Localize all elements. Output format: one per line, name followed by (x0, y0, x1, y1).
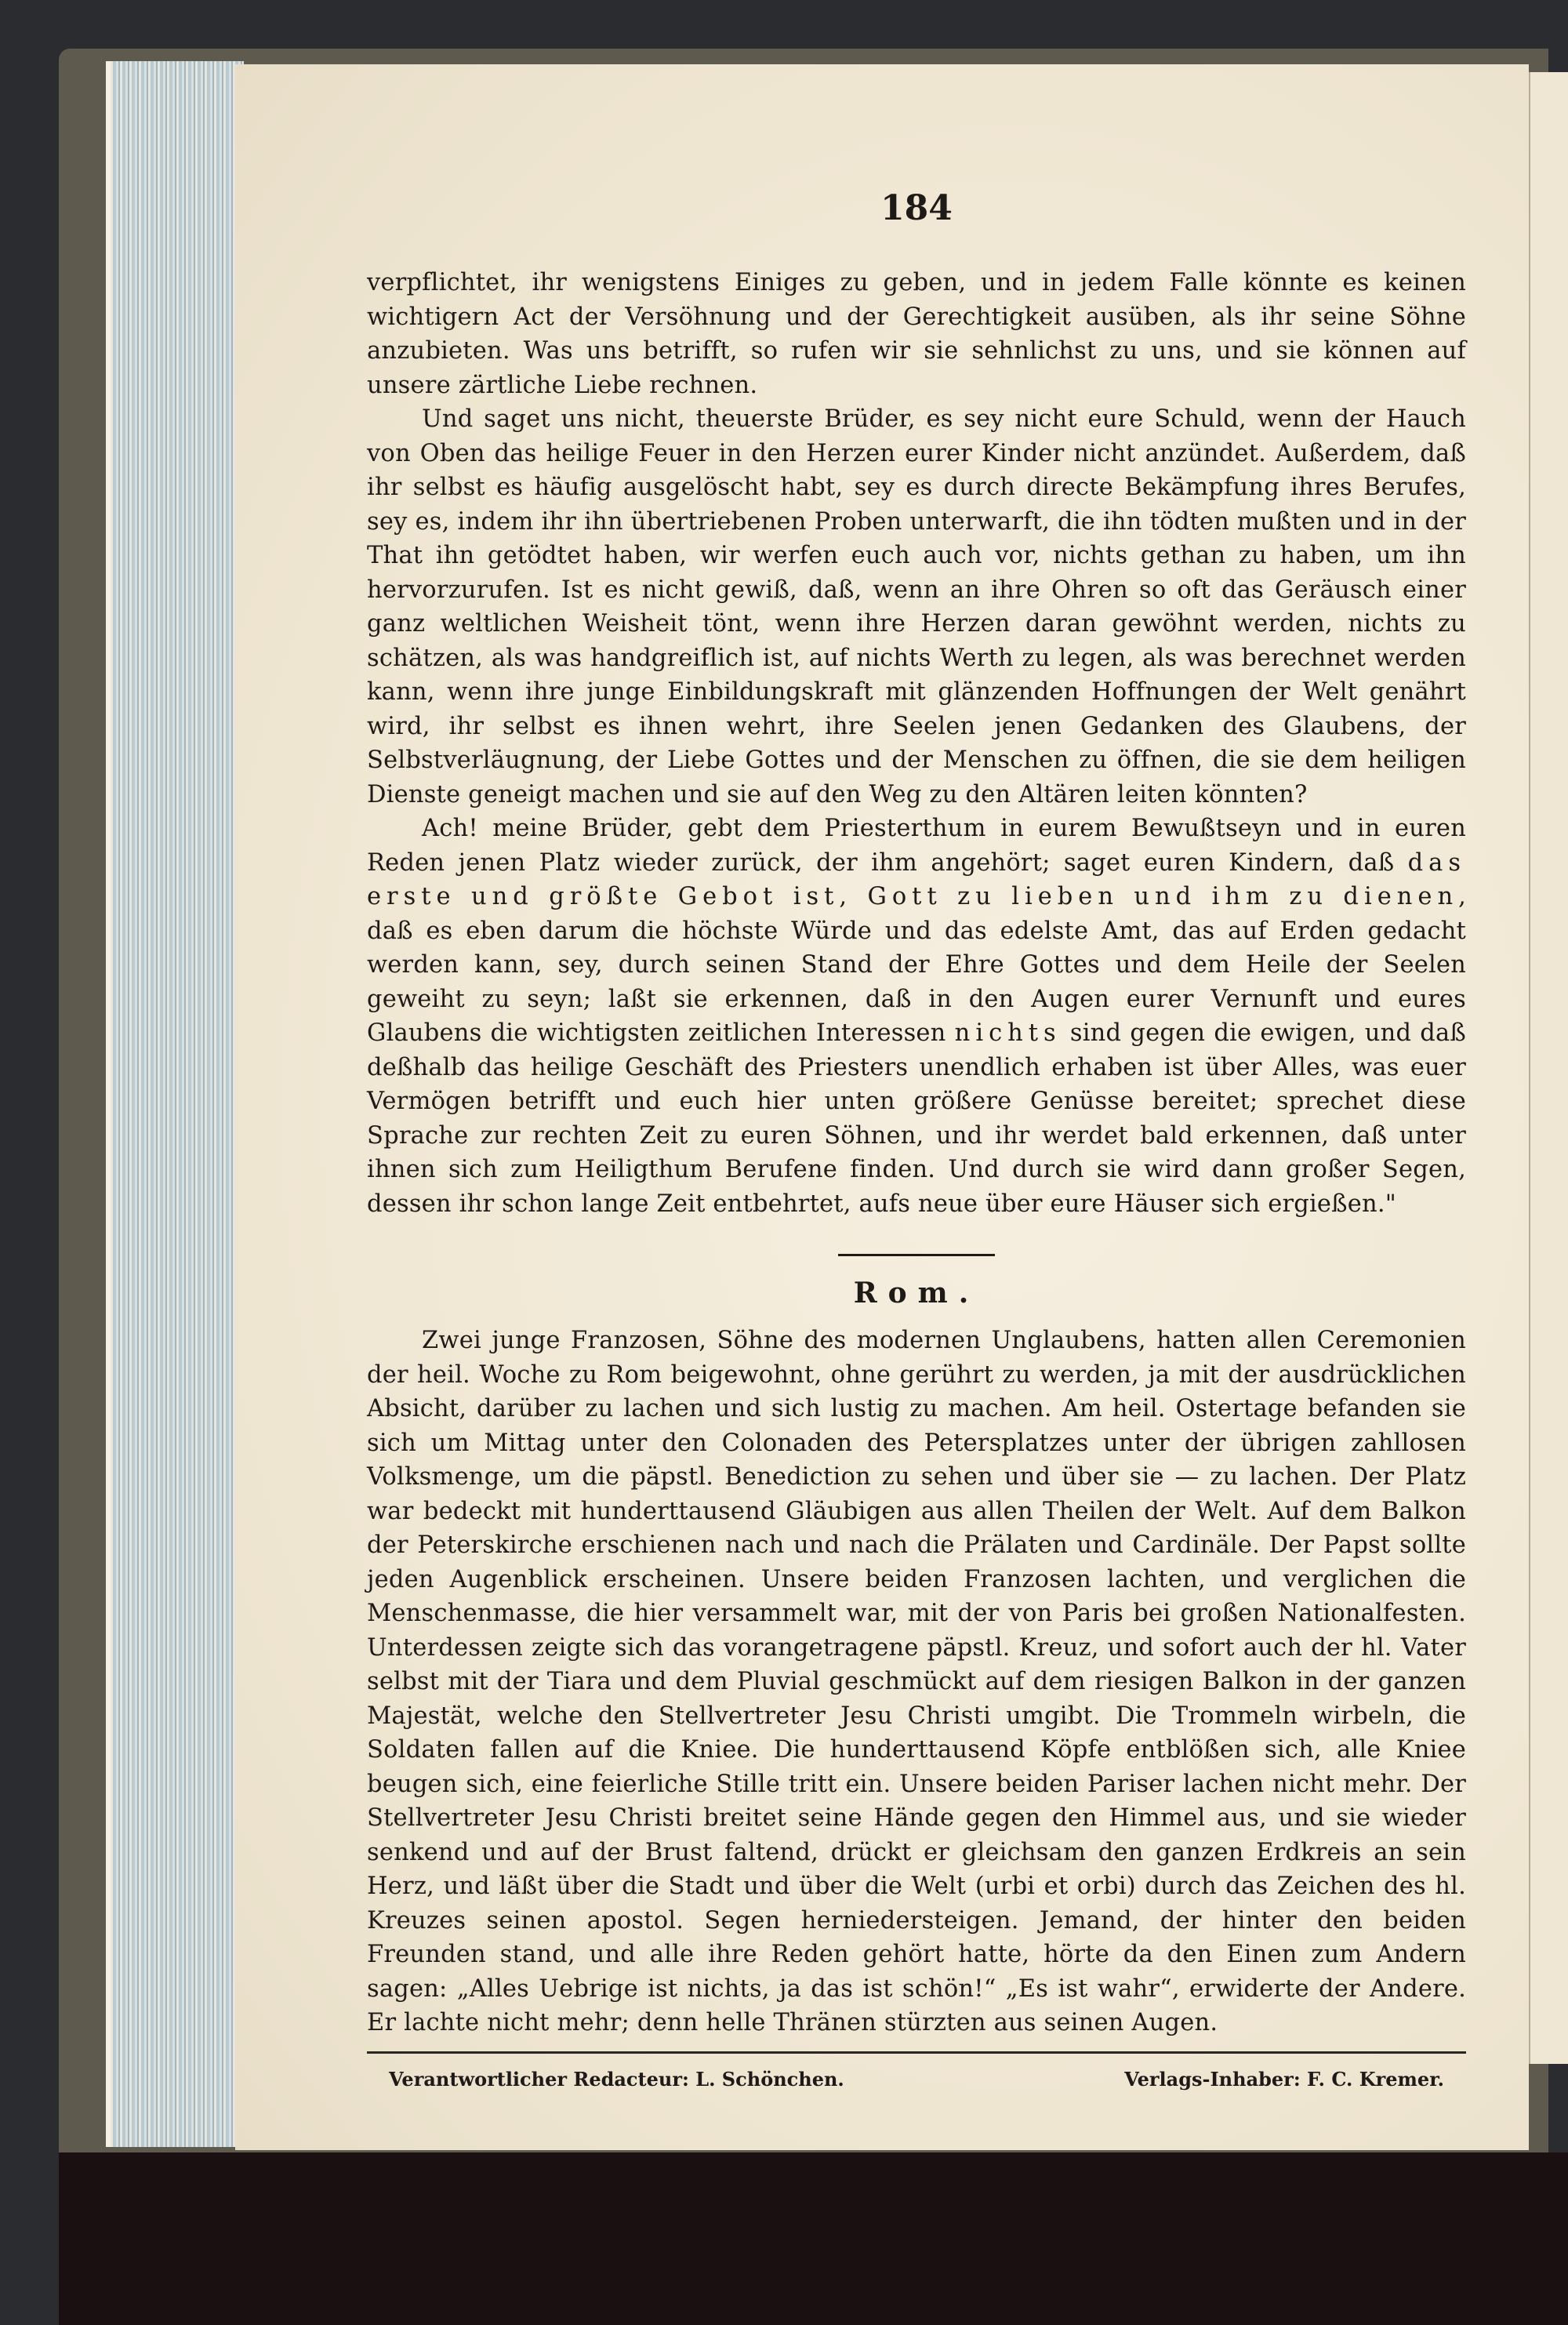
paragraph-3: Ach! meine Brüder, gebt dem Priesterthum… (367, 812, 1466, 1221)
paragraph-1: verpflichtet, ihr wenigstens Einiges zu … (367, 266, 1466, 402)
publisher-credit: Verlags-Inhaber: F. C. Kremer. (1124, 2068, 1444, 2091)
emphasis-spaced-2: nichts (955, 1019, 1062, 1047)
section-title: Rom. (367, 1277, 1466, 1310)
editor-credit: Verantwortlicher Redacteur: L. Schönchen… (389, 2068, 844, 2091)
page-content: 184 verpflichtet, ihr wenigstens Einiges… (367, 188, 1466, 2091)
facing-page-edge (1529, 72, 1568, 2064)
bottom-shadow (59, 2152, 1568, 2325)
footer-rule (367, 2051, 1466, 2054)
paragraph-2: Und saget uns nicht, theuerste Brüder, e… (367, 402, 1466, 812)
paragraph-3-text-a: Ach! meine Brüder, gebt dem Priesterthum… (367, 815, 1466, 877)
section-divider (838, 1254, 995, 1256)
page-number: 184 (367, 188, 1466, 228)
page-edges (106, 61, 244, 2147)
section-paragraph: Zwei junge Franzosen, Söhne des modernen… (367, 1324, 1466, 2040)
paragraph-3-text-c: sind gegen die ewigen, und daß deßhalb d… (367, 1019, 1466, 1218)
imprint-footer: Verantwortlicher Redacteur: L. Schönchen… (367, 2068, 1466, 2091)
